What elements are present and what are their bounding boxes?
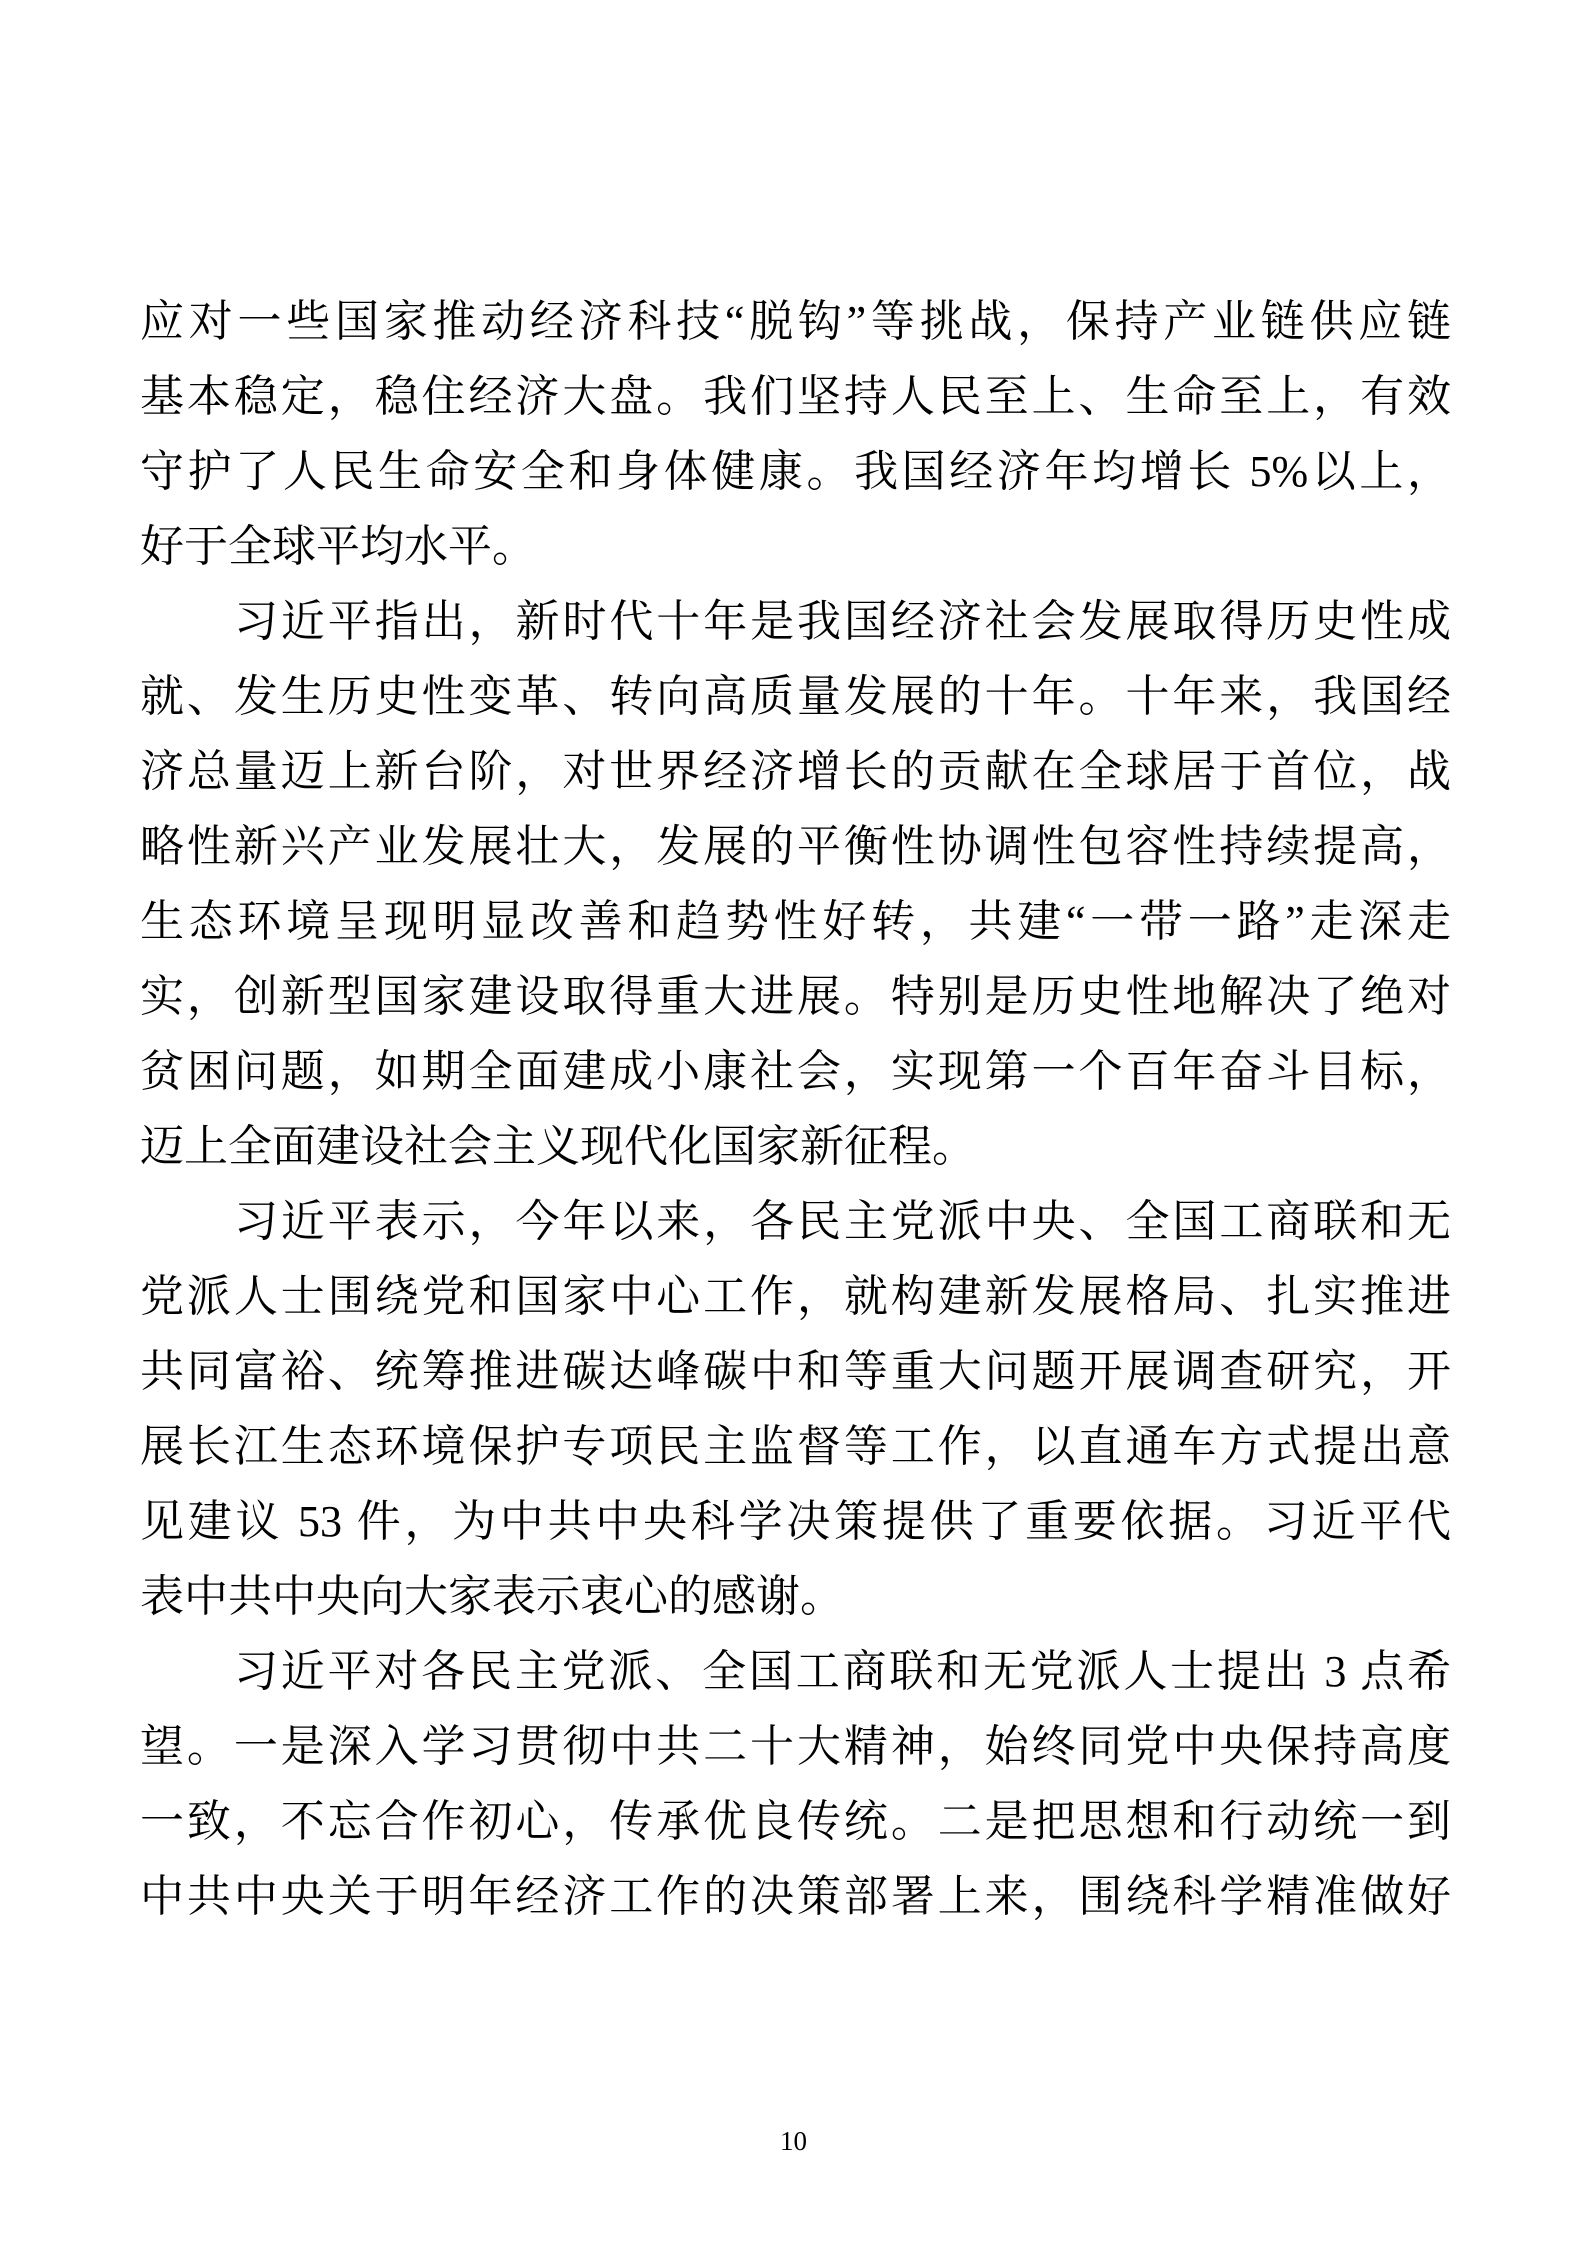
text-line: 应对一些国家推动经济科技“脱钩”等挑战，保持产业链供应链 [140,284,1451,359]
text-line: 略性新兴产业发展壮大，发展的平衡性协调性包容性持续提高， [140,809,1451,884]
text-line: 习近平对各民主党派、全国工商联和无党派人士提出 3 点希 [140,1634,1451,1709]
text-line: 展长江生态环境保护专项民主监督等工作，以直通车方式提出意 [140,1409,1451,1484]
text-line: 迈上全面建设社会主义现代化国家新征程。 [140,1109,1451,1184]
document-body: 应对一些国家推动经济科技“脱钩”等挑战，保持产业链供应链 基本稳定，稳住经济大盘… [140,284,1451,1934]
text-line: 习近平表示，今年以来，各民主党派中央、全国工商联和无 [140,1184,1451,1259]
text-line: 贫困问题，如期全面建成小康社会，实现第一个百年奋斗目标， [140,1034,1451,1109]
text-line: 一致，不忘合作初心，传承优良传统。二是把思想和行动统一到 [140,1784,1451,1859]
text-line: 望。一是深入学习贯彻中共二十大精神，始终同党中央保持高度 [140,1709,1451,1784]
text-line: 习近平指出，新时代十年是我国经济社会发展取得历史性成 [140,584,1451,659]
text-line: 基本稳定，稳住经济大盘。我们坚持人民至上、生命至上，有效 [140,359,1451,434]
text-line: 就、发生历史性变革、转向高质量发展的十年。十年来，我国经 [140,659,1451,734]
document-page: 应对一些国家推动经济科技“脱钩”等挑战，保持产业链供应链 基本稳定，稳住经济大盘… [0,0,1587,2245]
text-line: 表中共中央向大家表示衷心的感谢。 [140,1559,1451,1634]
text-line: 好于全球平均水平。 [140,509,1451,584]
text-line: 中共中央关于明年经济工作的决策部署上来，围绕科学精准做好 [140,1859,1451,1934]
text-line: 济总量迈上新台阶，对世界经济增长的贡献在全球居于首位，战 [140,734,1451,809]
text-line: 守护了人民生命安全和身体健康。我国经济年均增长 5%以上， [140,434,1451,509]
text-line: 党派人士围绕党和国家中心工作，就构建新发展格局、扎实推进 [140,1259,1451,1334]
text-line: 实，创新型国家建设取得重大进展。特别是历史性地解决了绝对 [140,959,1451,1034]
text-line: 共同富裕、统筹推进碳达峰碳中和等重大问题开展调查研究，开 [140,1334,1451,1409]
paragraph: 习近平对各民主党派、全国工商联和无党派人士提出 3 点希 望。一是深入学习贯彻中… [140,1634,1451,1934]
paragraph: 习近平指出，新时代十年是我国经济社会发展取得历史性成 就、发生历史性变革、转向高… [140,584,1451,1184]
paragraph: 习近平表示，今年以来，各民主党派中央、全国工商联和无 党派人士围绕党和国家中心工… [140,1184,1451,1634]
text-line: 见建议 53 件，为中共中央科学决策提供了重要依据。习近平代 [140,1484,1451,1559]
text-line: 生态环境呈现明显改善和趋势性好转，共建“一带一路”走深走 [140,884,1451,959]
page-number: 10 [0,2124,1587,2158]
paragraph: 应对一些国家推动经济科技“脱钩”等挑战，保持产业链供应链 基本稳定，稳住经济大盘… [140,284,1451,584]
